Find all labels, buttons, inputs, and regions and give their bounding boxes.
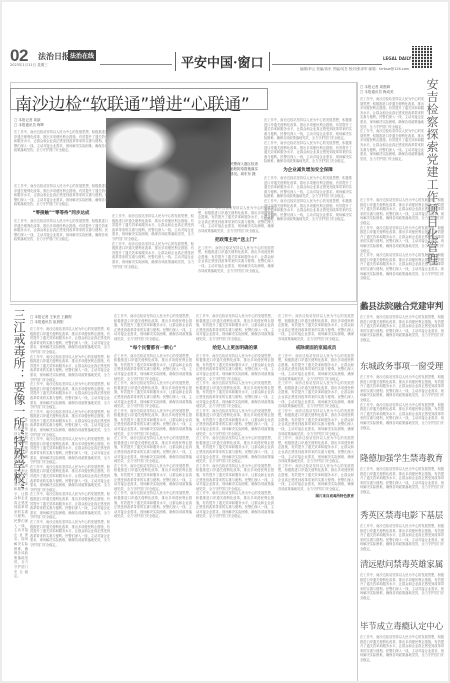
article-text: 在工作中，南沙边检站坚持以人民为中心的发展思想，积极推进口岸通关便利化改革，推出… — [14, 130, 108, 182]
brief-2: 东城政务事项一窗受理 在工作中，南沙边检站坚持以人民为中心的发展思想，积极推进口… — [360, 360, 444, 430]
lower-column-0: 在工作中，南沙边检站坚持以人民为中心的发展思想，积极推进口岸通关便利化改革，推出… — [14, 418, 28, 679]
main-column-1: 在工作中，南沙边检站坚持以人民为中心的发展思想，积极推进口岸通关便利化改革，推出… — [14, 184, 108, 300]
qr-code-icon — [412, 46, 432, 68]
news-photo — [106, 118, 231, 208]
brief-title: 东城政务事项一窗受理 — [360, 360, 444, 372]
brief-6: 毕节成立毒瘾认定中心 在工作中，南沙边检站坚持以人民为中心的发展思想，积极推进口… — [360, 620, 444, 680]
section-title: 平安中国·窗口 — [175, 52, 270, 71]
masthead-rule — [100, 64, 172, 65]
section-divider — [10, 304, 357, 305]
lower-column-1: 在工作中，南沙边检站坚持以人民为中心的发展思想，积极推进口岸通关便利化改革，推出… — [30, 327, 110, 679]
brief-title: 隆德加强学生禁毒教育 — [360, 452, 444, 464]
masthead-rule — [272, 64, 382, 65]
subhead: 戒除顽固的家庭成员 — [278, 345, 354, 351]
lower-column-3: 在工作中，南沙边检站坚持以人民为中心的发展思想，积极推进口岸通关便利化改革，推出… — [196, 314, 274, 679]
right-story-text-2: 在工作中，南沙边检站坚持以人民为中心的发展思想，积极推进口岸通关便利化改革，推出… — [360, 198, 444, 294]
main-headline: 南沙边检“软联通”增进“心联通” — [15, 90, 249, 115]
brief-title: 秀英区禁毒电影下基层 — [360, 509, 444, 521]
newspaper-page: 02 法治日报 法治在线 2023年1月11日 星期三 平安中国·窗口 编辑/李… — [2, 2, 448, 681]
lower-story-byline: □ 本报记者 王家亮 王鹏程 □ 本报通讯员 崔晨阳 — [30, 315, 72, 325]
main-byline: □ 本报记者 周斌 □ 本报通讯员 梅辉 — [14, 118, 108, 128]
subhead: 给犯人上更加明确的课 — [196, 345, 274, 351]
photo-caption: 民警深入港区检查船舶防疫措施落实情况。周东东 摄 — [230, 162, 260, 177]
main-column-3: 在工作中，南沙边检站坚持以人民为中心的发展思想，积极推进口岸通关便利化改革，推出… — [198, 206, 274, 300]
subhead: 把政策主动“送上门” — [198, 237, 274, 243]
headline-box: 南沙边检“软联通”增进“心联通” — [10, 88, 268, 110]
footer-note: 图片来自戒毒所特色教育 — [278, 494, 354, 499]
legal-daily-label: LEGAL DAILY — [383, 56, 411, 61]
main-column-2: 在工作中，南沙边检站坚持以人民为中心的发展思想，积极推进口岸通关便利化改革，推出… — [112, 214, 194, 300]
subhead: “每个民警都有一颗心” — [114, 345, 192, 351]
editor-credits: 编辑/李云 美编/高东 责编/吴吾 校对/张泽军 邮箱：fzrbsw@126.c… — [300, 67, 409, 72]
right-story-byline: □ 本报记者 周胜卿 □ 本报通讯员 梅成美 — [360, 85, 394, 95]
edition-badge: 法治在线 — [68, 50, 96, 61]
subhead: 为企业减负增加安全保障 — [264, 167, 352, 173]
lower-column-2: 在工作中，南沙边检站坚持以人民为中心的发展思想，积极推进口岸通关便利化改革，推出… — [114, 314, 192, 679]
lower-column-4: 在工作中，南沙边检站坚持以人民为中心的发展思想，积极推进口岸通关便利化改革，推出… — [278, 314, 354, 679]
paper-name: 法治日报 — [38, 51, 70, 62]
brief-3: 隆德加强学生禁毒教育 在工作中，南沙边检站坚持以人民为中心的发展思想，积极推进口… — [360, 452, 444, 504]
brief-title: 清远慰问禁毒英雄家属 — [360, 558, 444, 570]
subhead: “零接触”“零等待”同步达成 — [14, 210, 108, 216]
brief-title: 毕节成立毒瘾认定中心 — [360, 620, 444, 632]
brief-5: 清远慰问禁毒英雄家属 在工作中，南沙边检站坚持以人民为中心的发展思想，积极推进口… — [360, 558, 444, 616]
masthead: 02 法治日报 法治在线 2023年1月11日 星期三 平安中国·窗口 编辑/李… — [10, 46, 440, 68]
issue-date: 2023年1月11日 星期三 — [10, 63, 48, 68]
brief-title: 蠡县法院融合党建审判 — [360, 300, 444, 312]
main-column-4: 在工作中，南沙边检站坚持以人民为中心的发展思想，积极推进口岸通关便利化改革，推出… — [264, 118, 352, 300]
brief-1: 蠡县法院融合党建审判 在工作中，南沙边检站坚持以人民为中心的发展思想，积极推进口… — [360, 300, 444, 356]
right-story-text-1: 在工作中，南沙边检站坚持以人民为中心的发展思想，积极推进口岸通关便利化改革，推出… — [360, 97, 424, 197]
brief-4: 秀英区禁毒电影下基层 在工作中，南沙边检站坚持以人民为中心的发展思想，积极推进口… — [360, 509, 444, 555]
column-divider — [357, 82, 358, 681]
